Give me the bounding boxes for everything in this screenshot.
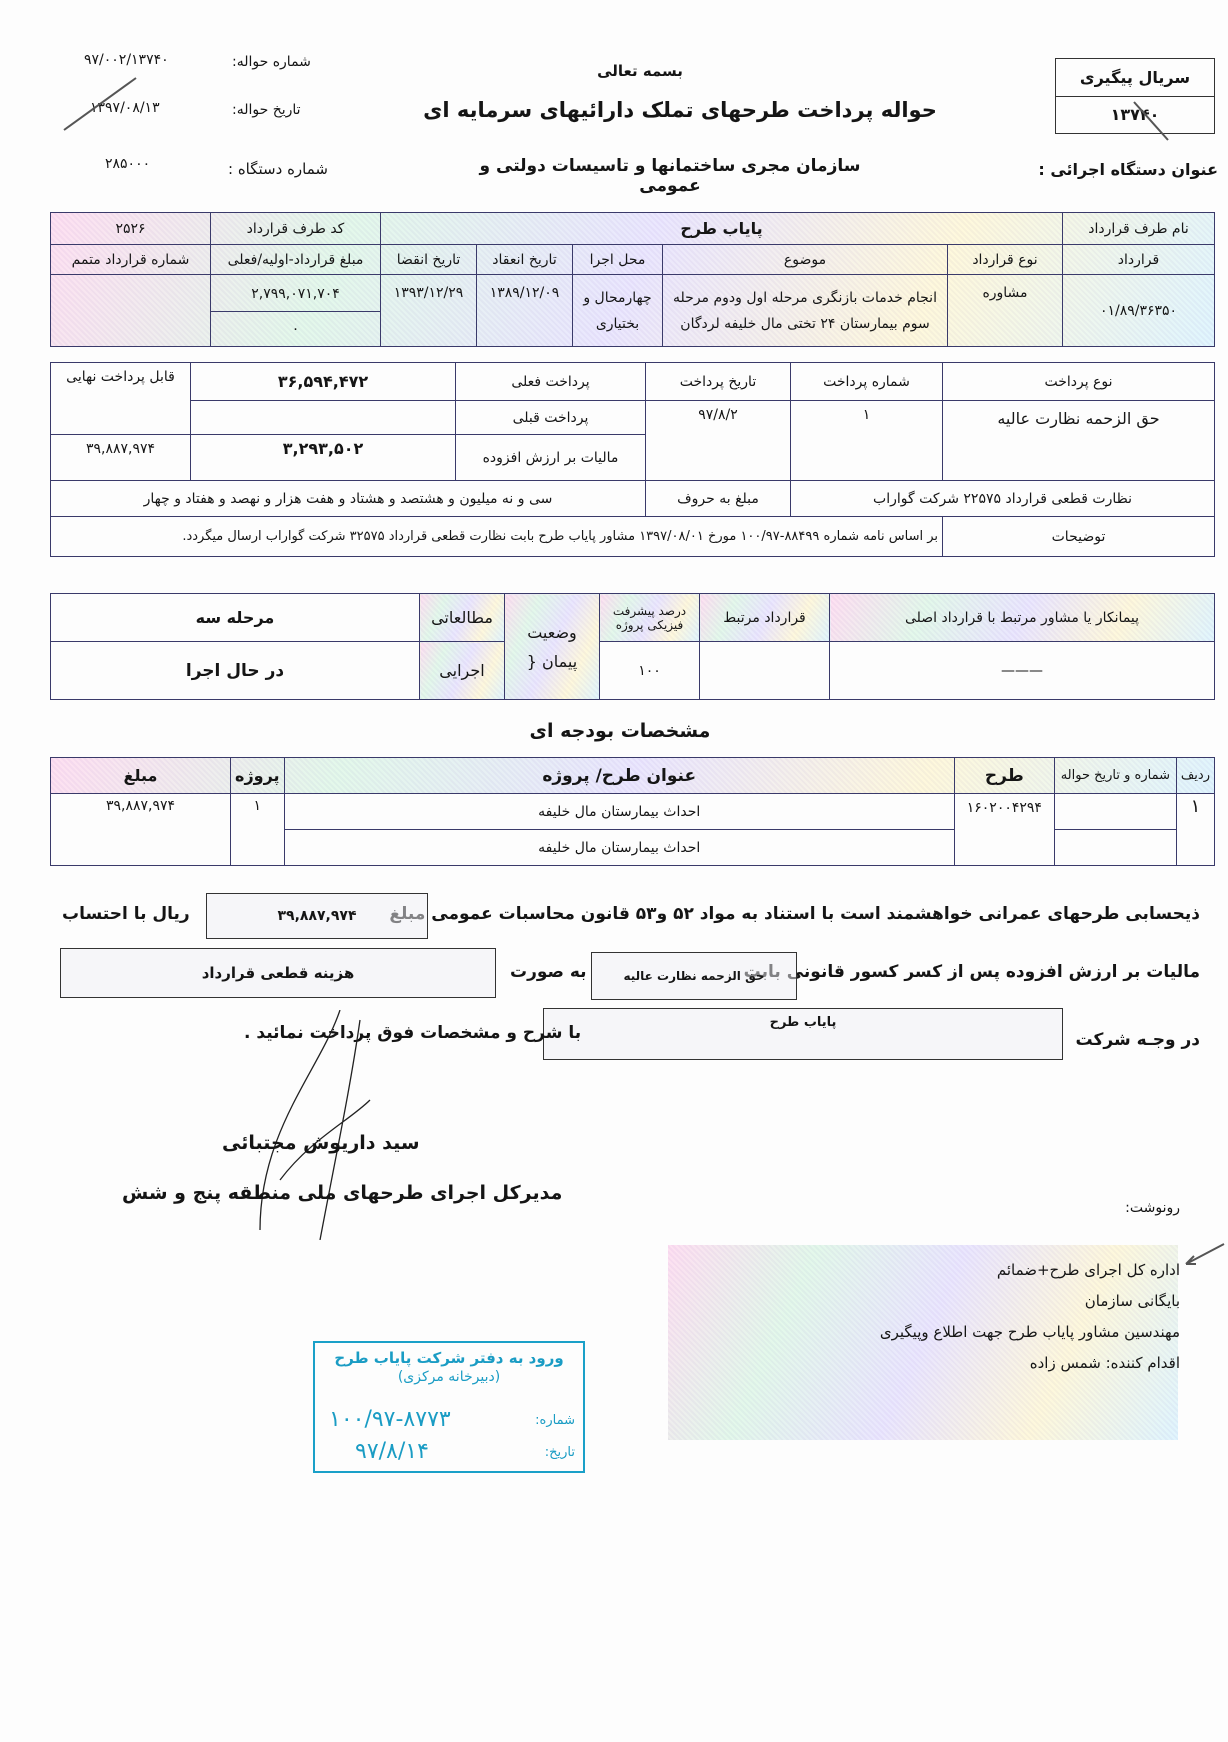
order-company-field: پایاب طرح: [543, 1008, 1063, 1060]
current-payment-label: پرداخت فعلی: [456, 363, 646, 401]
description-label: توضیحات: [943, 517, 1215, 557]
status-table: پیمانکار یا مشاور مرتبط با قرارداد اصلی …: [50, 593, 1215, 700]
related-contract-label: قرارداد مرتبط: [700, 594, 830, 642]
budget-row-amount: ۳۹,۸۸۷,۹۷۴: [51, 794, 231, 866]
device-number-value: ۲۸۵۰۰۰: [105, 156, 150, 172]
budget-col-row: ردیف: [1176, 758, 1214, 794]
party-code-label: کد طرف قرارداد: [211, 213, 381, 245]
col-location: محل اجرا: [573, 245, 663, 275]
contract-number: ۰۱/۸۹/۳۶۳۵۰: [1063, 275, 1215, 347]
description-value: بر اساس نامه شماره ۸۸۴۹۹-۱۰۰/۹۷ مورخ ۱۳۹…: [51, 517, 943, 557]
signature-scribble-icon: [240, 1010, 380, 1240]
pen-mark-icon: [62, 76, 142, 132]
copies-panel: اداره کل اجرای طرح+ضمائم بایگانی سازمان …: [668, 1245, 1178, 1440]
budget-col-project: پروژه: [231, 758, 285, 794]
stamp-line1: ورود به دفتر شرکت پایاب طرح: [315, 1349, 583, 1367]
order-line3: در وجـه شرکت: [1076, 1030, 1200, 1050]
status-sub: پیمان {: [509, 652, 595, 671]
budget-row-index: ۱: [1176, 794, 1214, 866]
contract-amount-initial: ۲,۷۹۹,۰۷۱,۷۰۴: [211, 276, 380, 312]
signer-title: مدیرکل اجرای طرحهای ملی منطقه پنج و شش: [122, 1182, 562, 1204]
copy-item: اقدام کننده: شمس زاده: [880, 1348, 1180, 1379]
budget-col-amount: مبلغ: [51, 758, 231, 794]
phase-value: در حال اجرا: [51, 642, 420, 700]
budget-table: ردیف شماره و تاریخ حواله طرح عنوان طرح/ …: [50, 757, 1215, 866]
vat-value: ۳,۲۹۳,۵۰۲: [191, 435, 456, 481]
contractor-label: پیمانکار یا مشاور مرتبط با قرارداد اصلی: [830, 594, 1215, 642]
contract-type: مشاوره: [948, 275, 1063, 347]
tracking-serial-label: سریال پیگیری: [1056, 59, 1214, 97]
related-contract-value: [700, 642, 830, 700]
order-line1-suffix: ریال با احتساب: [62, 904, 190, 924]
col-end-date: تاریخ انقضا: [381, 245, 477, 275]
copy-item: مهندسین مشاور پایاب طرح جهت اطلاع وپیگیر…: [880, 1317, 1180, 1348]
contract-sign-date: ۱۳۸۹/۱۲/۰۹: [477, 275, 573, 347]
copy-item: اداره کل اجرای طرح+ضمائم: [880, 1255, 1180, 1286]
payment-date-value: ۹۷/۸/۲: [646, 401, 791, 481]
party-name-label: نام طرف قرارداد: [1063, 213, 1215, 245]
current-payment-value: ۳۶,۵۹۴,۴۷۲: [191, 363, 456, 401]
col-contract-type: نوع قرارداد: [948, 245, 1063, 275]
party-code-value: ۲۵۲۶: [51, 213, 211, 245]
final-payable-label: قابل پرداخت نهایی: [51, 363, 191, 435]
device-number-label: شماره دستگاه :: [228, 160, 328, 178]
order-form-field: هزینه قطعی قرارداد: [60, 948, 496, 998]
remittance-number-label: شماره حواله:: [232, 54, 311, 70]
budget-row-title: احداث بیمارستان مال خلیفه: [284, 830, 954, 866]
contract-note: نظارت قطعی قرارداد ۲۲۵۷۵ شرکت گواراب: [791, 481, 1215, 517]
budget-col-ref: شماره و تاریخ حواله: [1054, 758, 1176, 794]
payment-type-label: نوع پرداخت: [943, 363, 1215, 401]
contract-location: چهارمحال و بختیاری: [573, 275, 663, 347]
signer-name: سید داریوش مجتبائی: [222, 1132, 420, 1154]
payment-number-label: شماره پرداخت: [791, 363, 943, 401]
progress-label: درصد پیشرفت فیزیکی پروژه: [600, 594, 700, 642]
budget-row-plan: ۱۶۰۲۰۰۴۲۹۴: [954, 794, 1054, 866]
vat-label: مالیات بر ارزش افزوده: [456, 435, 646, 481]
payment-type-value: حق الزحمه نظارت عالیه: [943, 401, 1215, 481]
copy-item: بایگانی سازمان: [880, 1286, 1180, 1317]
budget-title: مشخصات بودجه ای: [480, 720, 760, 742]
stamp-number-value: ۱۰۰/۹۷-۸۷۷۳: [329, 1407, 451, 1432]
remittance-date-label: تاریخ حواله:: [232, 102, 301, 118]
received-stamp: ورود به دفتر شرکت پایاب طرح (دبیرخانه مر…: [313, 1341, 585, 1473]
budget-row: ۱ ۱۶۰۲۰۰۴۲۹۴ احداث بیمارستان مال خلیفه ۱…: [51, 794, 1215, 830]
check-arrow-icon: [1180, 1240, 1226, 1274]
progress-value: ۱۰۰: [600, 642, 700, 700]
contract-subject: انجام خدمات بازنگری مرحله اول ودوم مرحله…: [663, 275, 948, 347]
contract-amount-current: ۰: [211, 312, 380, 346]
budget-row-ref: [1054, 830, 1176, 866]
contract-table: نام طرف قرارداد پایاب طرح کد طرف قرارداد…: [50, 212, 1215, 347]
org-label: عنوان دستگاه اجرائی :: [1038, 160, 1218, 179]
order-line1: ذیحسابی طرحهای عمرانی خواهشمند است با اس…: [389, 904, 1200, 924]
order-reason-field: حق الزحمه نظارت عالیه: [591, 952, 797, 1000]
final-payable-value: ۳۹,۸۸۷,۹۷۴: [51, 435, 191, 481]
payment-number-value: ۱: [791, 401, 943, 481]
exec-label: اجرایی: [420, 642, 505, 700]
status-label: وضعیت: [509, 623, 595, 642]
copies-label: رونوشت:: [1125, 1200, 1180, 1216]
contract-end-date: ۱۳۹۳/۱۲/۲۹: [381, 275, 477, 347]
order-line2: مالیات بر ارزش افزوده پس از کسر کسور قان…: [744, 962, 1200, 982]
payment-date-label: تاریخ پرداخت: [646, 363, 791, 401]
budget-row-project: ۱: [231, 794, 285, 866]
col-supplement: شماره قرارداد متمم: [51, 245, 211, 275]
stamp-line2: (دبیرخانه مرکزی): [315, 1369, 583, 1385]
col-subject: موضوع: [663, 245, 948, 275]
stamp-date-label: تاریخ:: [545, 1445, 575, 1460]
org-name: سازمان مجری ساختمانها و تاسیسات دولتی و …: [460, 156, 880, 196]
remittance-number-value: ۹۷/۰۰۲/۱۳۷۴۰: [84, 52, 169, 68]
page-title: حواله پرداخت طرحهای تملک دارائیهای سرمای…: [420, 98, 940, 122]
in-words-label: مبلغ به حروف: [646, 481, 791, 517]
stamp-date-value: ۹۷/۸/۱۴: [355, 1439, 429, 1464]
order-amount-field: ۳۹,۸۸۷,۹۷۴: [206, 893, 428, 939]
budget-col-plan: طرح: [954, 758, 1054, 794]
contractor-value: ———: [830, 642, 1215, 700]
supplement-number: [51, 275, 211, 347]
stamp-number-label: شماره:: [535, 1413, 575, 1428]
phase-label: مرحله سه: [51, 594, 420, 642]
status-cell: وضعیت پیمان {: [505, 594, 600, 700]
in-words-value: سی و نه میلیون و هشتصد و هشتاد و هفت هزا…: [51, 481, 646, 517]
budget-row-ref: [1054, 794, 1176, 830]
col-amount: مبلغ قرارداد-اولیه/فعلی: [211, 245, 381, 275]
study-label: مطالعاتی: [420, 594, 505, 642]
payment-table: نوع پرداخت شماره پرداخت تاریخ پرداخت پرد…: [50, 362, 1215, 557]
party-name-value: پایاب طرح: [381, 213, 1063, 245]
budget-row-title: احداث بیمارستان مال خلیفه: [284, 794, 954, 830]
bismillah: بسمه تعالی: [540, 62, 740, 80]
col-contract: قرارداد: [1063, 245, 1215, 275]
budget-col-title: عنوان طرح/ پروژه: [284, 758, 954, 794]
previous-payment-value: [191, 401, 456, 435]
previous-payment-label: پرداخت قبلی: [456, 401, 646, 435]
order-line2-mid: به صورت: [510, 962, 587, 982]
pen-mark-icon: [1132, 100, 1172, 144]
col-sign-date: تاریخ انعقاد: [477, 245, 573, 275]
